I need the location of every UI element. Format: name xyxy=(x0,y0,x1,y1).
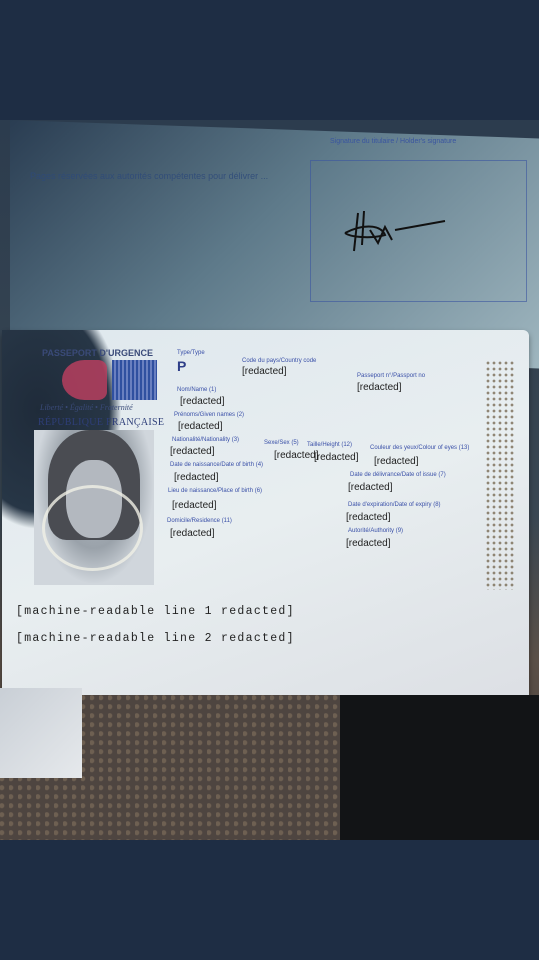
field-value: [redacted] xyxy=(172,500,216,511)
field-label: Code du pays/Country code xyxy=(242,358,316,364)
field-value: [redacted] xyxy=(180,396,224,407)
passport-data-page: PASSEPORT D'URGENCE Liberté • Égalité • … xyxy=(2,330,529,708)
photo-area: Pages réservées aux autorités compétente… xyxy=(0,120,539,840)
field-label: Prénoms/Given names (2) xyxy=(174,412,244,418)
field-label: Date de délivrance/Date of issue (7) xyxy=(350,472,446,478)
field-value: [redacted] xyxy=(170,446,214,457)
field-label: Sexe/Sex (5) xyxy=(264,440,299,446)
field-value: [redacted] xyxy=(174,472,218,483)
field-label: Autorité/Authority (9) xyxy=(348,528,403,534)
field-value: [redacted] xyxy=(346,512,390,523)
mrz-line-2: [machine-readable line 2 redacted] xyxy=(16,632,295,645)
portrait-placeholder xyxy=(34,430,154,585)
field-value: P xyxy=(177,358,186,374)
motto: Liberté • Égalité • Fraternité xyxy=(40,403,133,412)
republic-label: RÉPUBLIQUE FRANÇAISE xyxy=(38,417,164,428)
field-label: Domicile/Residence (11) xyxy=(167,518,232,524)
document-header: PASSEPORT D'URGENCE xyxy=(42,348,153,358)
field-label: Nationalité/Nationality (3) xyxy=(172,437,239,443)
field-label: Couleur des yeux/Colour of eyes (13) xyxy=(370,445,469,451)
field-label: Lieu de naissance/Place of birth (6) xyxy=(168,488,262,494)
field-value: [redacted] xyxy=(346,538,390,549)
field-label: Nom/Name (1) xyxy=(177,387,216,393)
field-value: [redacted] xyxy=(314,452,358,463)
field-value: [redacted] xyxy=(178,421,222,432)
signature-scribble-icon xyxy=(340,205,450,255)
dark-surface xyxy=(340,695,539,840)
field-label: Passeport n°/Passport no xyxy=(357,373,425,379)
field-value: [redacted] xyxy=(348,482,392,493)
field-value: [redacted] xyxy=(170,528,214,539)
field-label: Date d'expiration/Date of expiry (8) xyxy=(348,502,441,508)
field-value: [redacted] xyxy=(242,366,286,377)
card-corner xyxy=(0,688,82,778)
field-label: Type/Type xyxy=(177,350,205,356)
mrz-line-1: [machine-readable line 1 redacted] xyxy=(16,605,295,618)
braille-perforation xyxy=(485,360,515,590)
field-value: [redacted] xyxy=(357,382,401,393)
field-label: Date de naissance/Date of birth (4) xyxy=(170,462,263,468)
flag-emblem-icon xyxy=(62,360,157,400)
field-value: [redacted] xyxy=(274,450,318,461)
field-value: [redacted] xyxy=(374,456,418,467)
upper-page-info-text: Pages réservées aux autorités compétente… xyxy=(30,170,300,183)
field-label: Taille/Height (12) xyxy=(307,442,352,448)
signature-label: Signature du titulaire / Holder's signat… xyxy=(330,138,456,145)
